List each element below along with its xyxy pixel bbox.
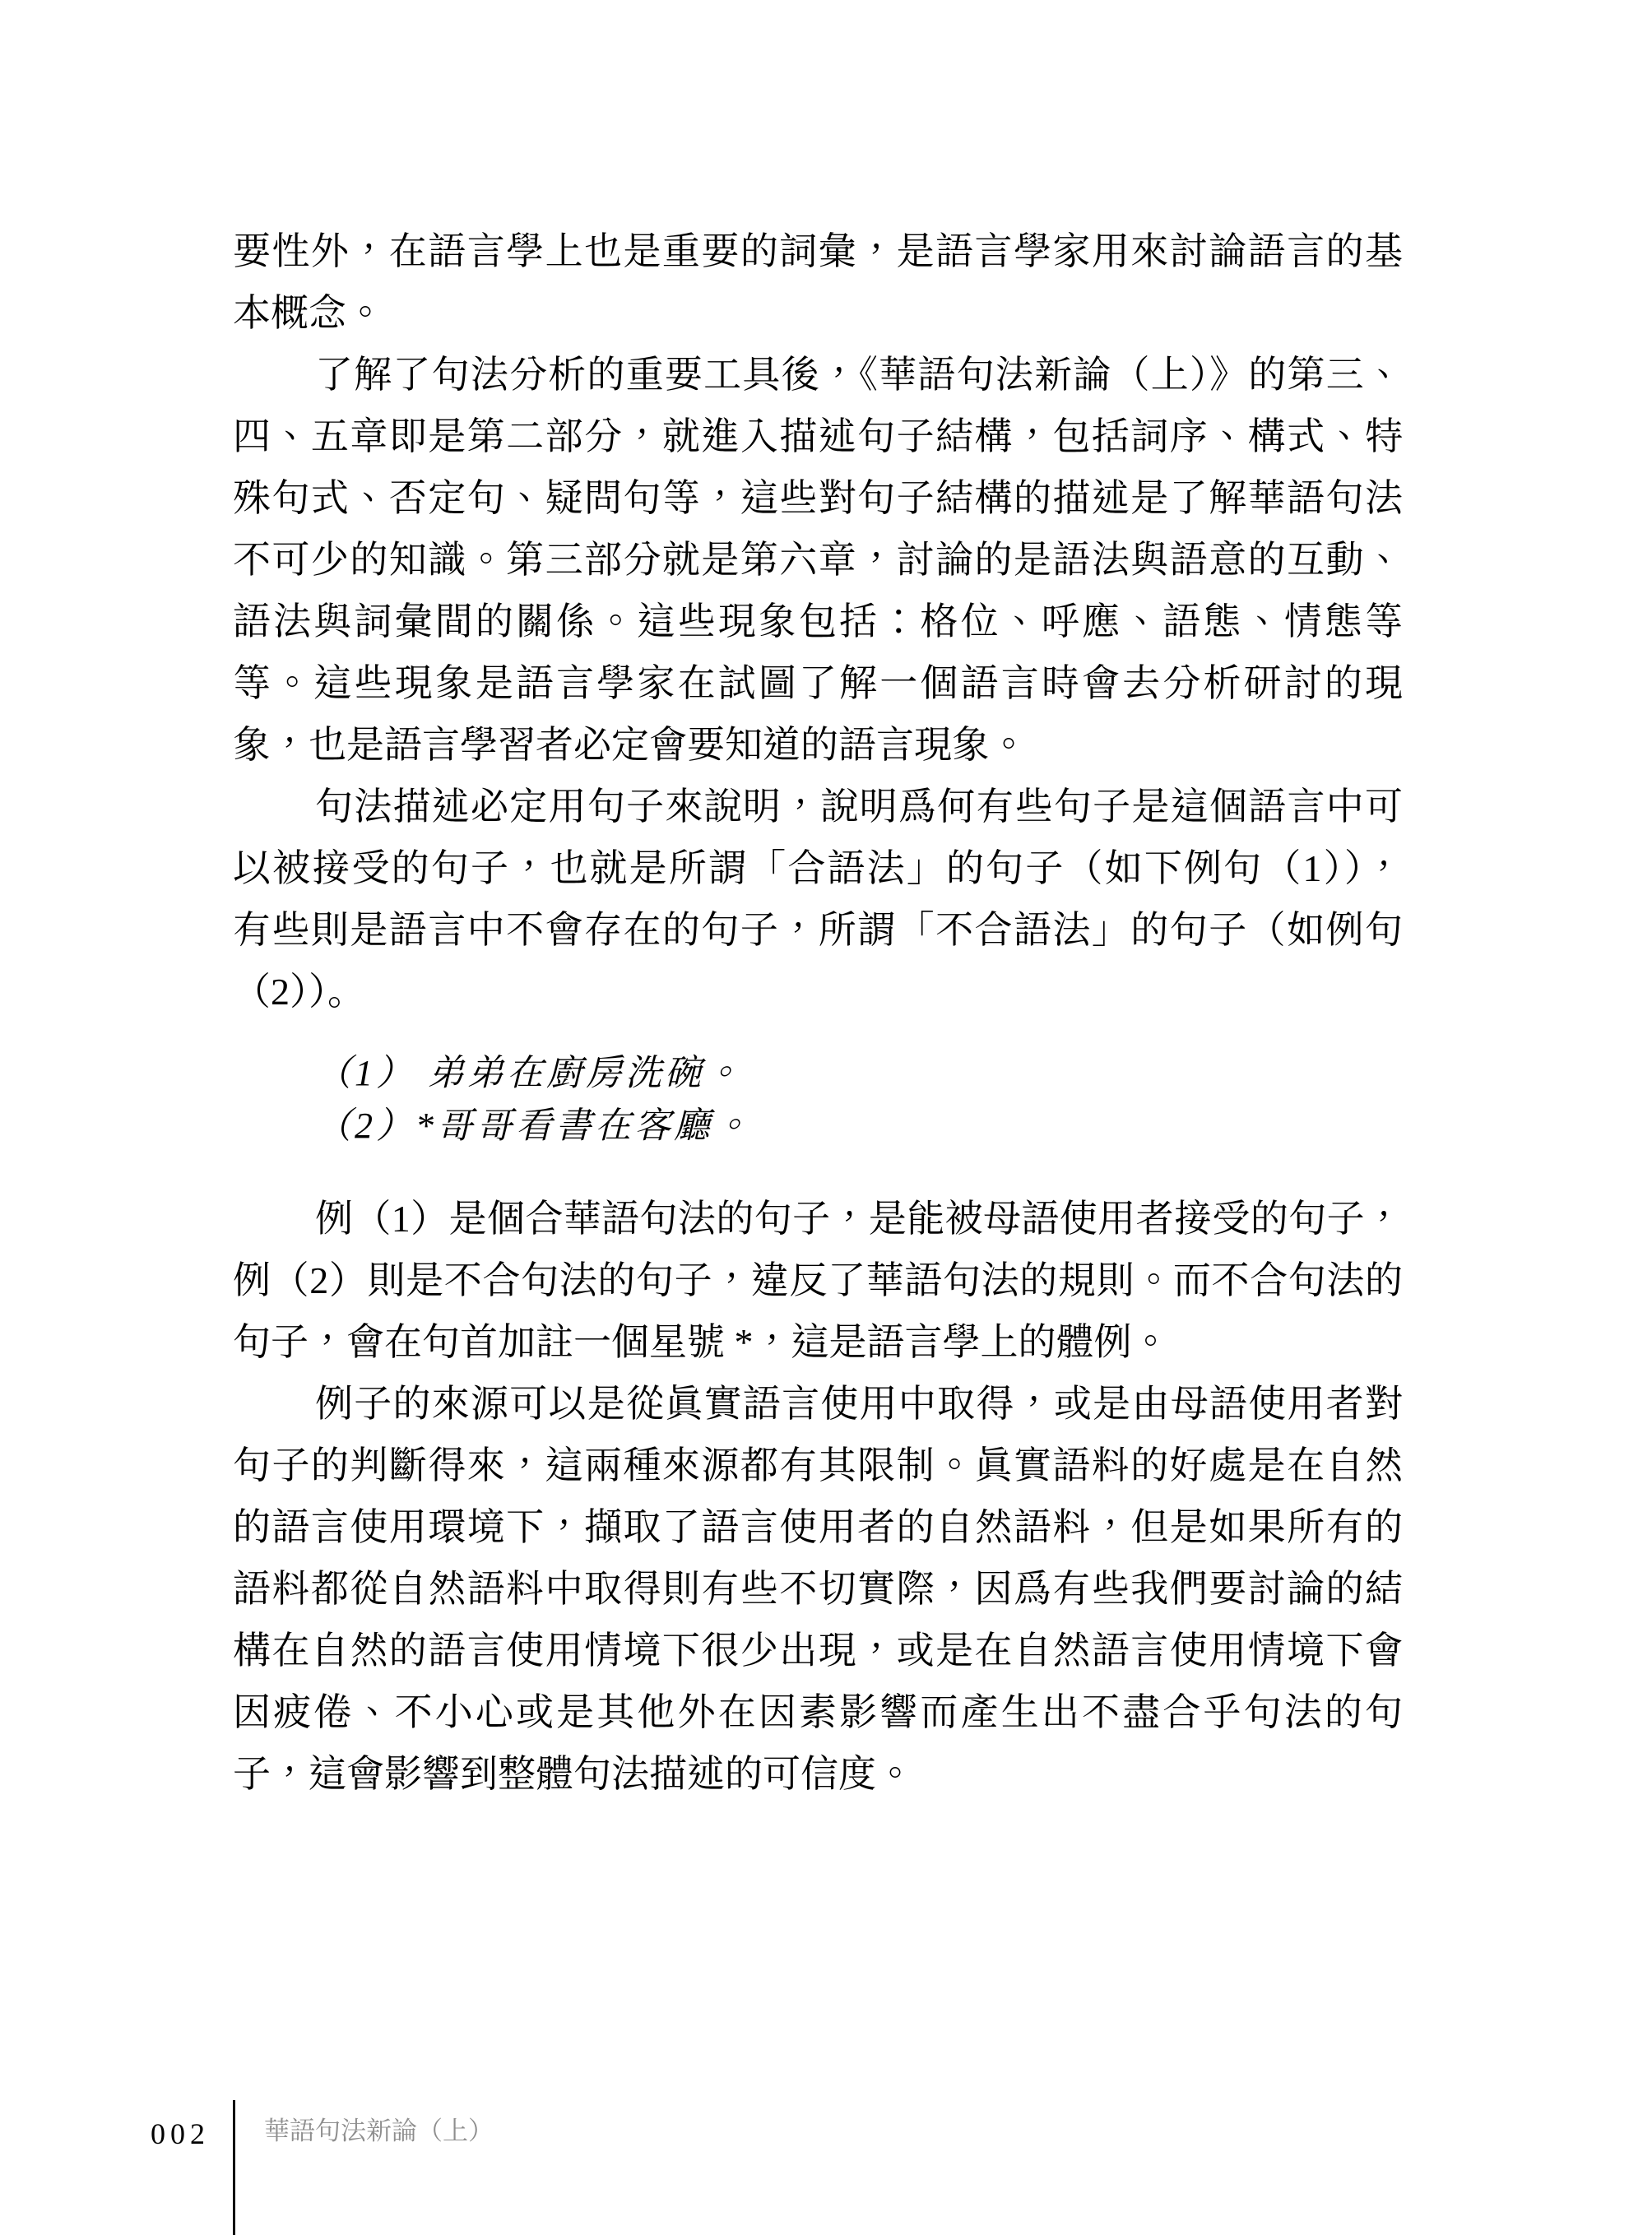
text-line: 不可少的知識。第三部分就是第六章，討論的是語法與語意的互動、 [233, 529, 1403, 591]
text-line: 句法描述必定用句子來說明，說明爲何有些句子是這個語言中可 [233, 776, 1403, 837]
text-line: 因疲倦、不小心或是其他外在因素影響而產生出不盡合乎句法的句 [233, 1681, 1403, 1743]
paragraph: 了解了句法分析的重要工具後，《華語句法新論（上）》的第三、四、五章即是第二部分，… [233, 344, 1403, 776]
text-line: 語法與詞彙間的關係。這些現象包括：格位、呼應、語態、情態等 [233, 591, 1403, 652]
paragraph: 句法描述必定用句子來說明，說明爲何有些句子是這個語言中可以被接受的句子，也就是所… [233, 776, 1403, 1022]
text-line: 以被接受的句子，也就是所謂「合語法」的句子（如下例句（1））， [233, 837, 1403, 899]
text-line: 殊句式、否定句、疑問句等，這些對句子結構的描述是了解華語句法 [233, 467, 1403, 529]
example-line: （2）*哥哥看書在客廳。 [315, 1100, 1403, 1152]
paragraph: 要性外，在語言學上也是重要的詞彙，是語言學家用來討論語言的基本概念。 [233, 220, 1403, 344]
text-line: 例（2）則是不合句法的句子，違反了華語句法的規則。而不合句法的 [233, 1250, 1403, 1311]
text-line: （2））。 [233, 961, 1403, 1022]
text-line: 象，也是語言學習者必定會要知道的語言現象。 [233, 714, 1403, 776]
footer-book-title: 華語句法新論（上） [264, 2117, 494, 2145]
text-line: 了解了句法分析的重要工具後，《華語句法新論（上）》的第三、 [233, 344, 1403, 406]
text-line: 句子，會在句首加註一個星號 *，這是語言學上的體例。 [233, 1311, 1403, 1373]
text-line: 子，這會影響到整體句法描述的可信度。 [233, 1743, 1403, 1805]
text-line: 的語言使用環境下，擷取了語言使用者的自然語料，但是如果所有的 [233, 1496, 1403, 1558]
example-block: （1） 弟弟在廚房洗碗。（2）*哥哥看書在客廳。 [233, 1047, 1403, 1152]
text-line: 語料都從自然語料中取得則有些不切實際，因爲有些我們要討論的結 [233, 1558, 1403, 1620]
text-line: 句子的判斷得來，這兩種來源都有其限制。眞實語料的好處是在自然 [233, 1435, 1403, 1496]
body-text: 要性外，在語言學上也是重要的詞彙，是語言學家用來討論語言的基本概念。了解了句法分… [233, 220, 1403, 1805]
text-line: 四、五章即是第二部分，就進入描述句子結構，包括詞序、構式、特 [233, 406, 1403, 467]
book-page: 要性外，在語言學上也是重要的詞彙，是語言學家用來討論語言的基本概念。了解了句法分… [0, 0, 1652, 2235]
text-line: 例子的來源可以是從眞實語言使用中取得，或是由母語使用者對 [233, 1373, 1403, 1435]
footer-divider-line [233, 2100, 235, 2235]
text-line: 本概念。 [233, 282, 1403, 344]
text-line: 有些則是語言中不會存在的句子，所謂「不合語法」的句子（如例句 [233, 899, 1403, 961]
text-line: 等。這些現象是語言學家在試圖了解一個語言時會去分析研討的現 [233, 652, 1403, 714]
paragraph: 例子的來源可以是從眞實語言使用中取得，或是由母語使用者對句子的判斷得來，這兩種來… [233, 1373, 1403, 1805]
paragraph: 例（1）是個合華語句法的句子，是能被母語使用者接受的句子，例（2）則是不合句法的… [233, 1188, 1403, 1373]
page-number: 002 [151, 2119, 210, 2149]
text-line: 構在自然的語言使用情境下很少出現，或是在自然語言使用情境下會 [233, 1620, 1403, 1681]
example-line: （1） 弟弟在廚房洗碗。 [315, 1047, 1403, 1100]
text-line: 例（1）是個合華語句法的句子，是能被母語使用者接受的句子， [233, 1188, 1403, 1250]
text-line: 要性外，在語言學上也是重要的詞彙，是語言學家用來討論語言的基 [233, 220, 1403, 282]
